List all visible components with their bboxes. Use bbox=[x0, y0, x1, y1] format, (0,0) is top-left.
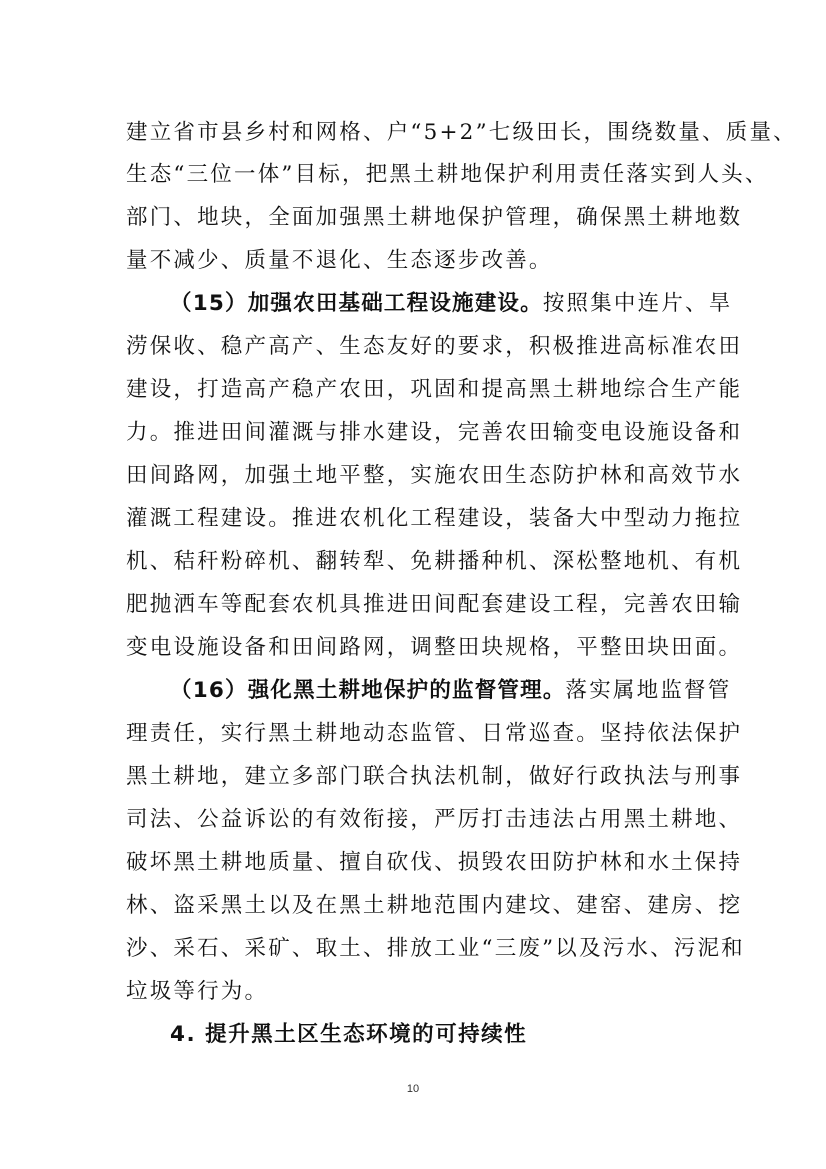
paragraph-line: 建立省市县乡村和网格、户“5+2”七级田长，围绕数量、质量、 bbox=[126, 119, 700, 147]
paragraph-line: 沙、采石、采矿、取土、排放工业“三废”以及污水、污泥和 bbox=[126, 935, 700, 963]
item-15-first-line: （15）加强农田基础工程设施建设。按照集中连片、旱 bbox=[170, 290, 700, 318]
paragraph-line: 部门、地块，全面加强黑土耕地保护管理，确保黑土耕地数 bbox=[126, 204, 700, 232]
paragraph-line: 灌溉工程建设。推进农机化工程建设，装备大中型动力拖拉 bbox=[126, 505, 700, 533]
paragraph-line: 林、盗采黑土以及在黑土耕地范围内建坟、建窑、建房、挖 bbox=[126, 892, 700, 920]
paragraph-line: 破坏黑土耕地质量、擅自砍伐、损毁农田防护林和水土保持 bbox=[126, 849, 700, 877]
paragraph-line: 涝保收、稳产高产、生态友好的要求，积极推进高标准农田 bbox=[126, 333, 700, 361]
paragraph-line: 量不减少、质量不退化、生态逐步改善。 bbox=[126, 247, 700, 275]
paragraph-line: 建设，打造高产稳产农田，巩固和提高黑土耕地综合生产能 bbox=[126, 376, 700, 404]
section-heading: 4. 提升黑土区生态环境的可持续性 bbox=[170, 1021, 700, 1049]
paragraph-line: 机、秸秆粉碎机、翻转犁、免耕播种机、深松整地机、有机 bbox=[126, 548, 700, 576]
paragraph-line: 田间路网，加强土地平整，实施农田生态防护林和高效节水 bbox=[126, 462, 700, 490]
paragraph-line: 理责任，实行黑土耕地动态监管、日常巡查。坚持依法保护 bbox=[126, 720, 700, 748]
paragraph-line: 肥抛洒车等配套农机具推进田间配套建设工程，完善农田输 bbox=[126, 591, 700, 619]
item-16-title: （16）强化黑土耕地保护的监督管理。 bbox=[170, 678, 566, 703]
paragraph-line: 司法、公益诉讼的有效衔接，严厉打击违法占用黑土耕地、 bbox=[126, 806, 700, 834]
paragraph-line: 力。推进田间灌溉与排水建设，完善农田输变电设施设备和 bbox=[126, 419, 700, 447]
item-16-first-line: （16）强化黑土耕地保护的监督管理。落实属地监督管 bbox=[170, 677, 700, 705]
item-15-title: （15）加强农田基础工程设施建设。 bbox=[170, 291, 543, 316]
paragraph-line: 垃圾等行为。 bbox=[126, 978, 700, 1006]
document-page: 建立省市县乡村和网格、户“5+2”七级田长，围绕数量、质量、 生态“三位一体”目… bbox=[0, 0, 826, 1169]
page-number: 10 bbox=[0, 1083, 826, 1095]
paragraph-line: 生态“三位一体”目标，把黑土耕地保护利用责任落实到人头、 bbox=[126, 161, 700, 189]
paragraph-line: 变电设施设备和田间路网，调整田块规格，平整田块田面。 bbox=[126, 634, 700, 662]
item-15-text: 按照集中连片、旱 bbox=[543, 291, 733, 316]
item-16-text: 落实属地监督管 bbox=[566, 678, 732, 703]
paragraph-line: 黑土耕地，建立多部门联合执法机制，做好行政执法与刑事 bbox=[126, 763, 700, 791]
